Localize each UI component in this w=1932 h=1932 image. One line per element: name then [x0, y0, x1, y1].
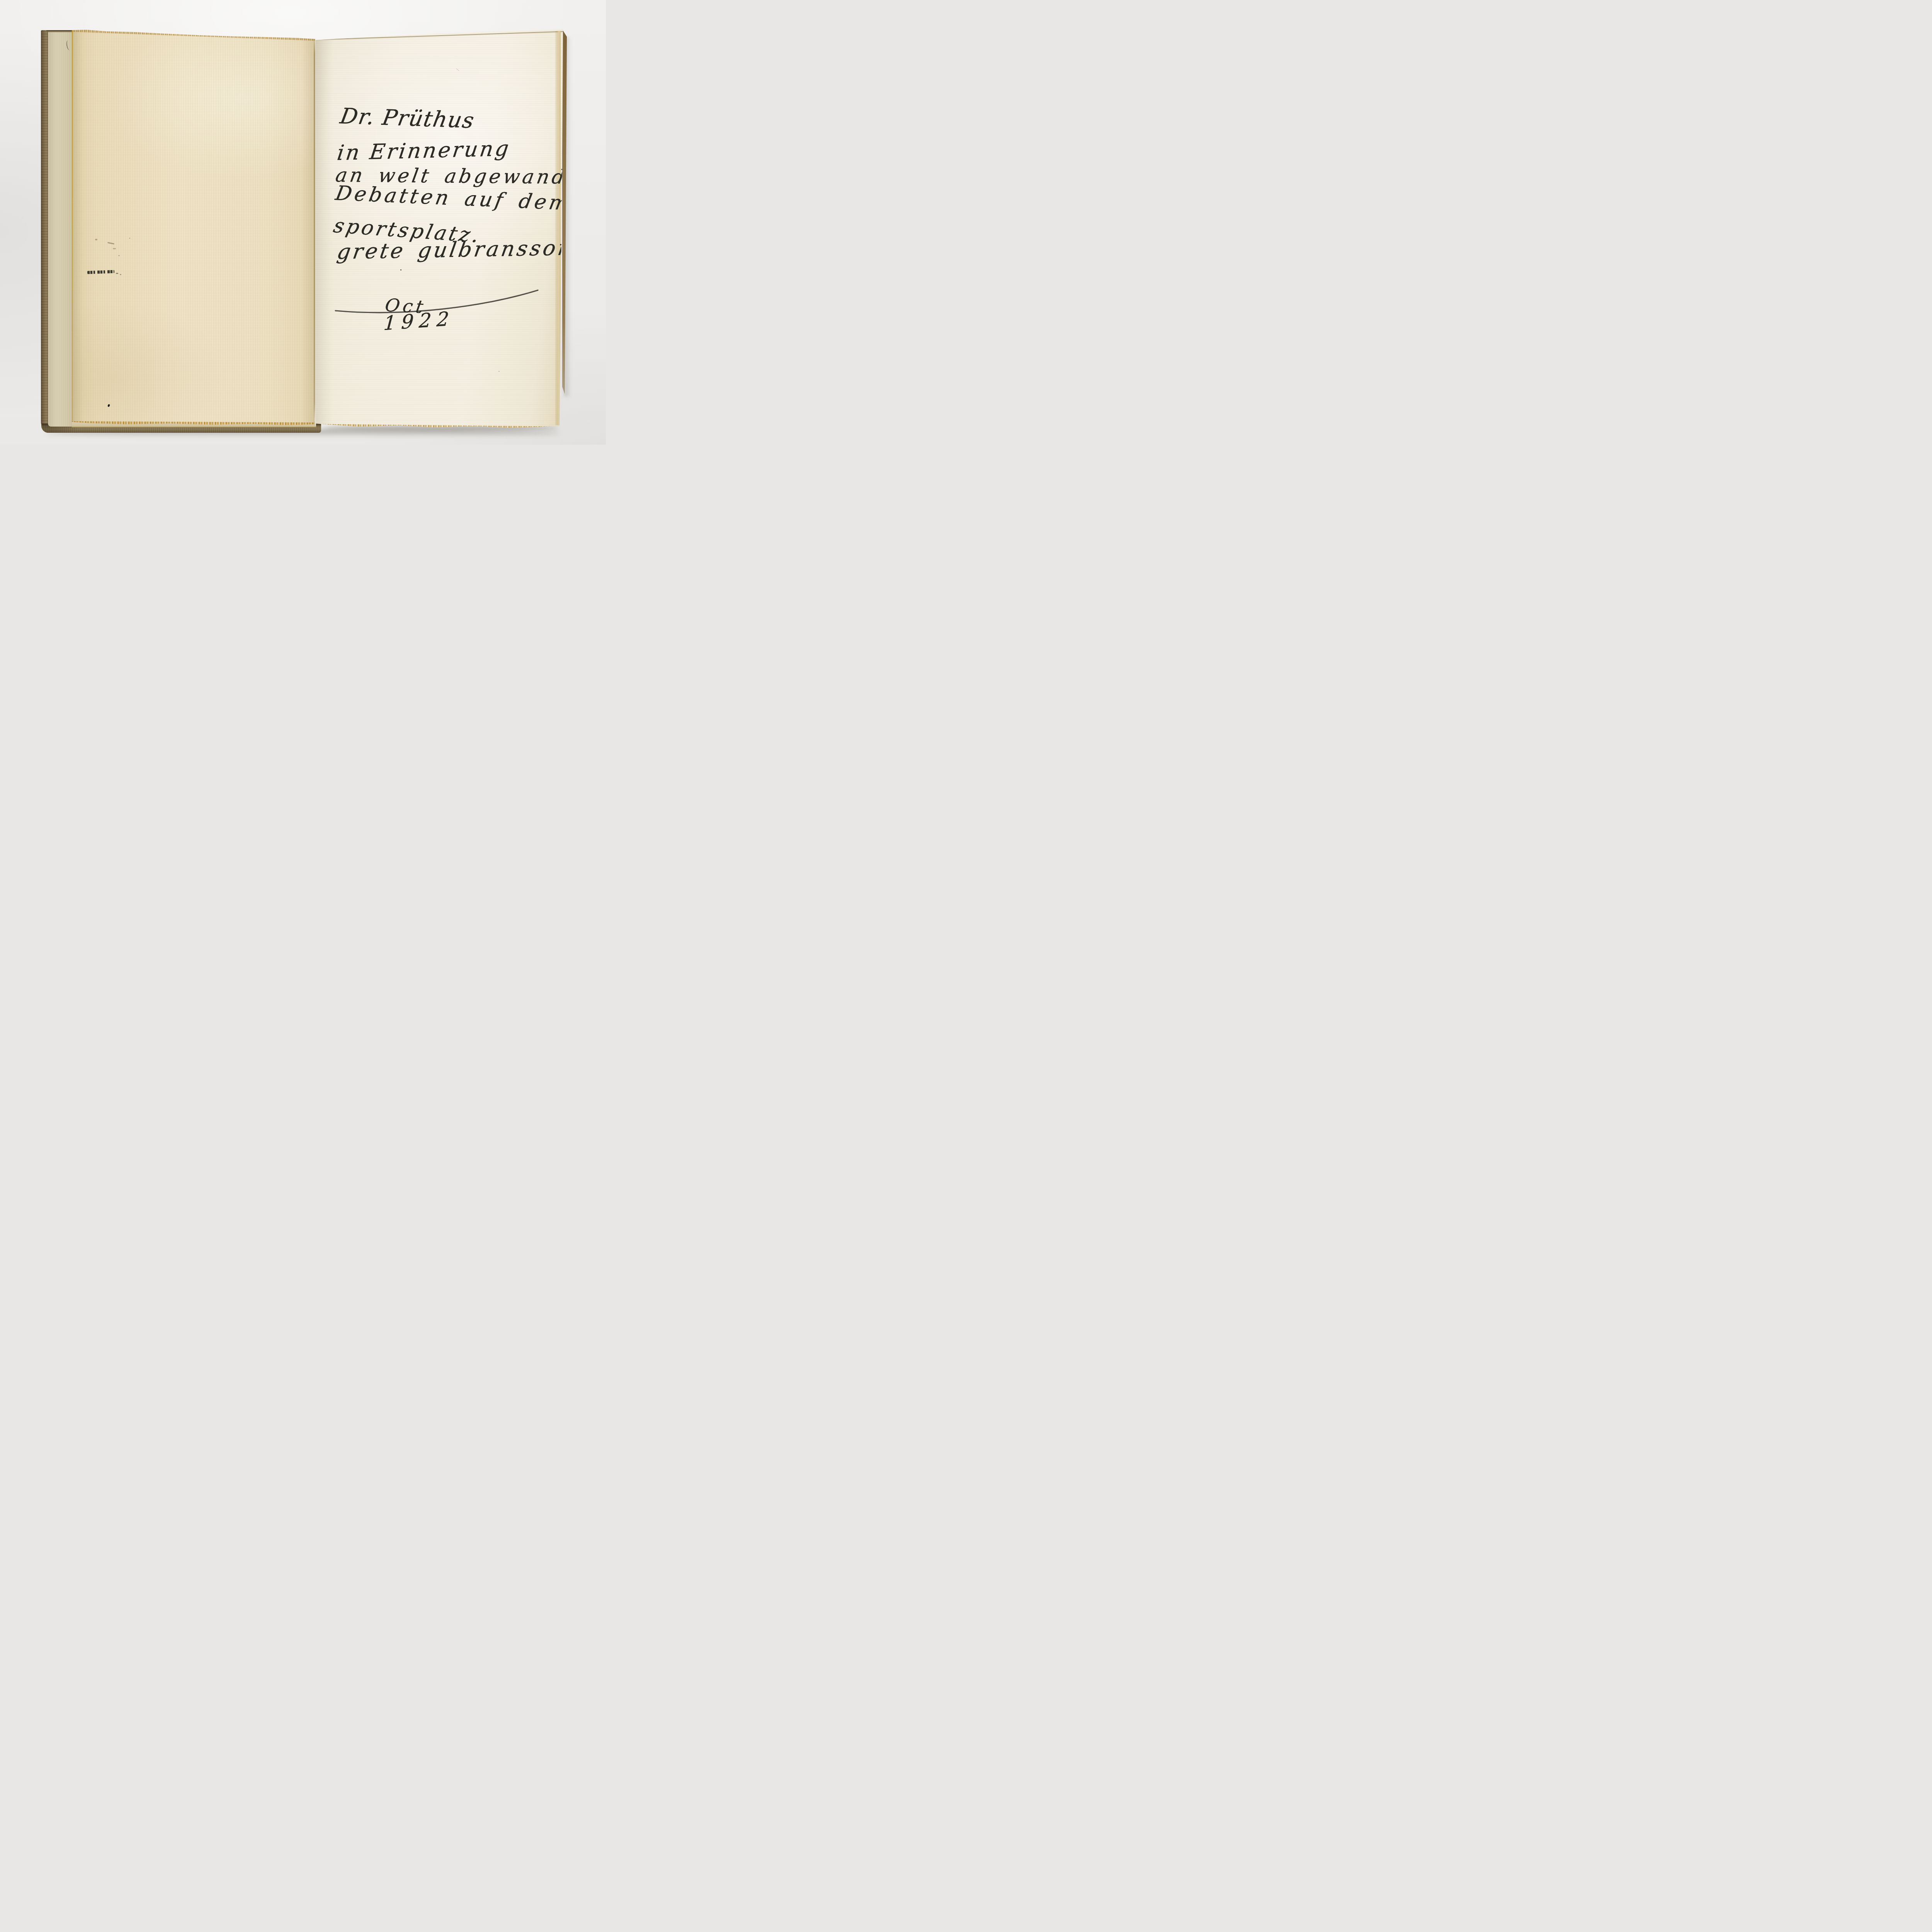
inscription-line-2: in Erinnerung: [336, 136, 512, 165]
book-gutter: [314, 38, 315, 426]
ink-offset-smudge: [87, 270, 114, 274]
right-page-fore-edge: [555, 31, 561, 425]
inscription-date-year: 1922: [383, 307, 455, 335]
right-page-gutter-shading: [315, 28, 333, 429]
ink-speck: [400, 269, 401, 270]
left-blank-page: [72, 27, 315, 426]
right-inscription-page: Dr. Prüthus in Erinnerung an welt abgewa…: [315, 28, 563, 429]
ink-speck: [113, 248, 116, 249]
signature: grete gulbransson: [335, 235, 576, 264]
flyleaf-page-edge: [48, 32, 73, 427]
paper-fiber: [456, 68, 459, 71]
photo-of-open-book: Dr. Prüthus in Erinnerung an welt abgewa…: [0, 0, 606, 445]
ink-speck: [118, 255, 120, 256]
pencil-mark: [66, 40, 72, 51]
ink-speck: [120, 274, 121, 275]
ink-speck: [116, 273, 118, 274]
paper-speck: [498, 371, 500, 372]
left-page-gutter-shading: [301, 27, 315, 426]
book-cover-left-edge: [41, 30, 48, 427]
left-page-edge-shading: [73, 29, 83, 423]
ink-speck: [95, 239, 97, 240]
inscription-line-1: Dr. Prüthus: [338, 104, 476, 133]
ink-speck: [129, 238, 130, 239]
ink-speck: [107, 242, 114, 245]
ink-dot: [107, 404, 110, 407]
